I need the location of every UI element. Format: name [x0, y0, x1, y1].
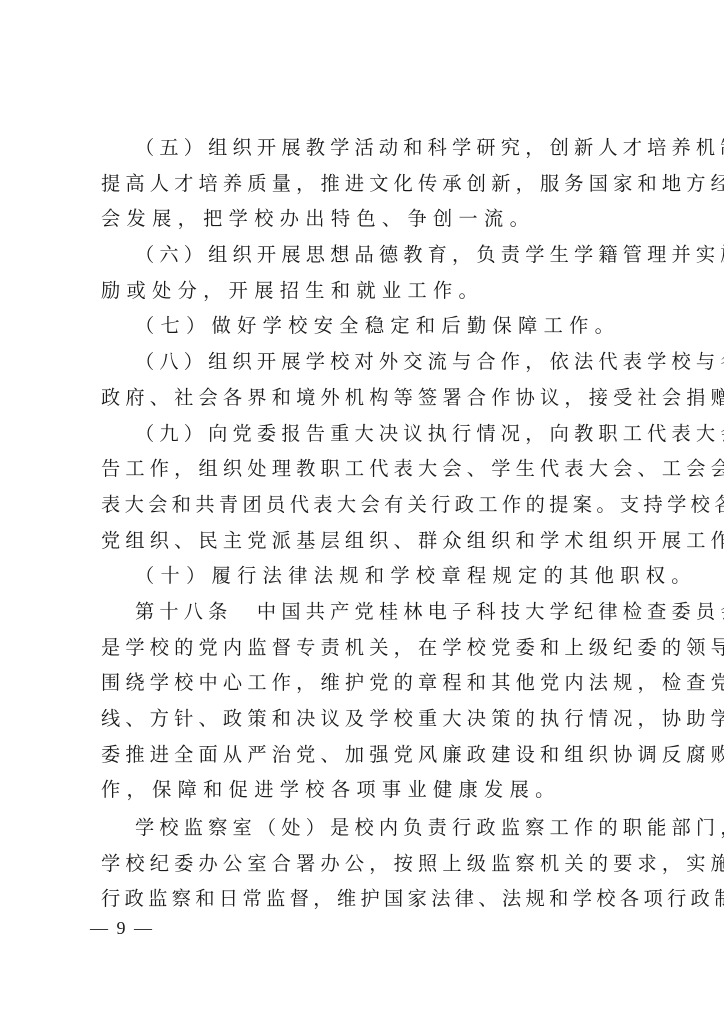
document-page: （五）组织开展教学活动和科学研究，创新人才培养机制， 提高人才培养质量，推进文化… — [0, 0, 724, 1023]
paragraph-item-7-line-1: （七）做好学校安全稳定和后勤保障工作。 — [101, 308, 633, 344]
paragraph-item-9-line-2: 告工作，组织处理教职工代表大会、学生代表大会、工会会员代 — [101, 451, 633, 487]
paragraph-article-18-line-3: 围绕学校中心工作，维护党的章程和其他党内法规，检查党的路 — [101, 665, 633, 701]
paragraph-item-5-line-3: 会发展，把学校办出特色、争创一流。 — [101, 201, 633, 237]
paragraph-item-6-line-2: 励或处分，开展招生和就业工作。 — [101, 273, 633, 309]
paragraph-item-9-line-1: （九）向党委报告重大决议执行情况，向教职工代表大会报 — [101, 416, 633, 452]
paragraph-item-10-line-1: （十）履行法律法规和学校章程规定的其他职权。 — [101, 558, 633, 594]
paragraph-item-9-line-4: 党组织、民主党派基层组织、群众组织和学术组织开展工作。 — [101, 523, 633, 559]
paragraph-item-6-line-1: （六）组织开展思想品德教育，负责学生学籍管理并实施奖 — [101, 237, 633, 273]
page-number: — 9 — — [90, 914, 154, 942]
paragraph-supervision-office-line-3: 行政监察和日常监督，维护国家法律、法规和学校各项行政制度、 — [101, 881, 633, 917]
paragraph-article-18-line-1: 第十八条 中国共产党桂林电子科技大学纪律检查委员会 — [101, 594, 633, 630]
paragraph-article-18-line-5: 委推进全面从严治党、加强党风廉政建设和组织协调反腐败工 — [101, 737, 633, 773]
paragraph-item-5-line-1: （五）组织开展教学活动和科学研究，创新人才培养机制， — [101, 130, 633, 166]
paragraph-supervision-office-line-1: 学校监察室（处）是校内负责行政监察工作的职能部门，与 — [101, 810, 633, 846]
paragraph-article-18-line-4: 线、方针、政策和决议及学校重大决策的执行情况，协助学校党 — [101, 701, 633, 737]
paragraph-article-18-line-2: 是学校的党内监督专责机关，在学校党委和上级纪委的领导下， — [101, 630, 633, 666]
document-body: （五）组织开展教学活动和科学研究，创新人才培养机制， 提高人才培养质量，推进文化… — [101, 130, 633, 917]
paragraph-item-9-line-3: 表大会和共青团员代表大会有关行政工作的提案。支持学校各级 — [101, 487, 633, 523]
paragraph-article-18-line-6: 作，保障和促进学校各项事业健康发展。 — [101, 772, 633, 808]
paragraph-item-8-line-2: 政府、社会各界和境外机构等签署合作协议，接受社会捐赠。 — [101, 380, 633, 416]
paragraph-supervision-office-line-2: 学校纪委办公室合署办公，按照上级监察机关的要求，实施校内 — [101, 846, 633, 882]
paragraph-item-5-line-2: 提高人才培养质量，推进文化传承创新，服务国家和地方经济社 — [101, 166, 633, 202]
paragraph-item-8-line-1: （八）组织开展学校对外交流与合作，依法代表学校与各级 — [101, 344, 633, 380]
